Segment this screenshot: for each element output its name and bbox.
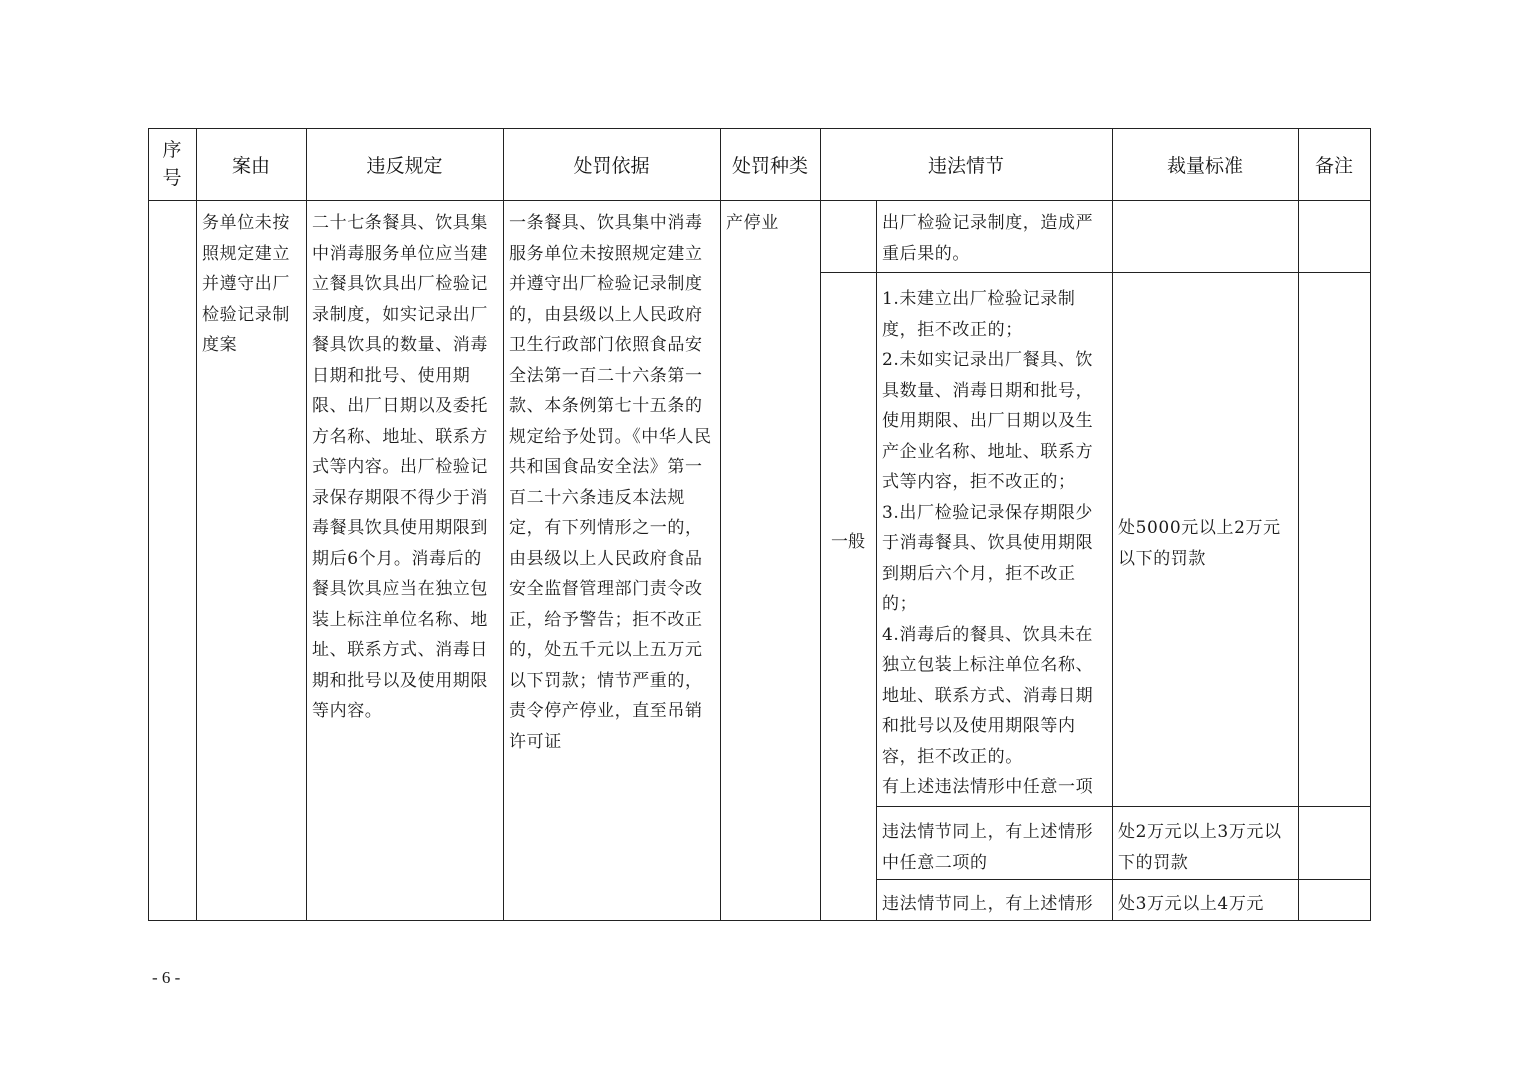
circumstance-row-3: 违法情节同上，有上述情形中任意二项的 [876, 814, 1112, 878]
standard-row-3: 处2万元以上3万元以下的罚款 [1112, 814, 1298, 878]
col-line-9 [1370, 128, 1371, 921]
header-seq-1: 序 [162, 136, 181, 164]
circumstance-row-2: 1.未建立出厂检验记录制度，拒不改正的； 2.未如实记录出厂餐具、饮具数量、消毒… [876, 281, 1112, 803]
type-cell: 产停业 [720, 205, 820, 239]
table-border-bottom [148, 920, 1371, 921]
col-line-0 [148, 128, 149, 921]
circumstance-summary: 有上述违法情形中任意一项 [882, 772, 1106, 803]
row-divider-1-level [820, 272, 1371, 273]
header-remark: 备注 [1298, 128, 1370, 200]
circumstance-row-4: 违法情节同上，有上述情形 [876, 886, 1112, 920]
header-rule: 违反规定 [306, 128, 503, 200]
circumstance-item-4: 4.消毒后的餐具、饮具未在独立包装上标注单位名称、地址、联系方式、消毒日期和批号… [882, 620, 1106, 773]
row-divider-3 [876, 879, 1371, 880]
header-case: 案由 [196, 128, 306, 200]
header-basis: 处罚依据 [503, 128, 720, 200]
standard-row-2: 处5000元以上2万元以下的罚款 [1112, 510, 1298, 574]
header-standard: 裁量标准 [1112, 128, 1298, 200]
header-seq: 序 号 [148, 128, 196, 200]
circumstance-row-1: 出厂检验记录制度，造成严重后果的。 [876, 205, 1112, 269]
header-seq-2: 号 [162, 164, 181, 192]
page-number: - 6 - [152, 968, 180, 988]
col-line-4 [720, 128, 721, 921]
circumstance-item-1: 1.未建立出厂检验记录制度，拒不改正的； [882, 284, 1106, 345]
circumstance-item-3: 3.出厂检验记录保存期限少于消毒餐具、饮具使用期限到期后六个月，拒不改正的； [882, 498, 1106, 620]
header-circumstance: 违法情节 [820, 128, 1112, 200]
col-line-8 [1298, 128, 1299, 921]
standard-row-4: 处3万元以上4万元 [1112, 886, 1298, 920]
penalty-table: 序 号 案由 违反规定 处罚依据 处罚种类 违法情节 裁量标准 备注 务单位未按… [148, 128, 1371, 920]
case-cell: 务单位未按照规定建立并遵守出厂检验记录制度案 [196, 205, 306, 361]
level-cell-general: 一般 [820, 272, 876, 806]
row-divider-2 [876, 806, 1371, 807]
rule-cell: 二十七条餐具、饮具集中消毒服务单位应当建立餐具饮具出厂检验记录制度，如实记录出厂… [306, 205, 503, 727]
basis-cell: 一条餐具、饮具集中消毒服务单位未按照规定建立并遵守出厂检验记录制度的，由县级以上… [503, 205, 720, 757]
circumstance-item-2: 2.未如实记录出厂餐具、饮具数量、消毒日期和批号，使用期限、出厂日期以及生产企业… [882, 345, 1106, 498]
header-divider [148, 200, 1371, 201]
header-type: 处罚种类 [720, 128, 820, 200]
